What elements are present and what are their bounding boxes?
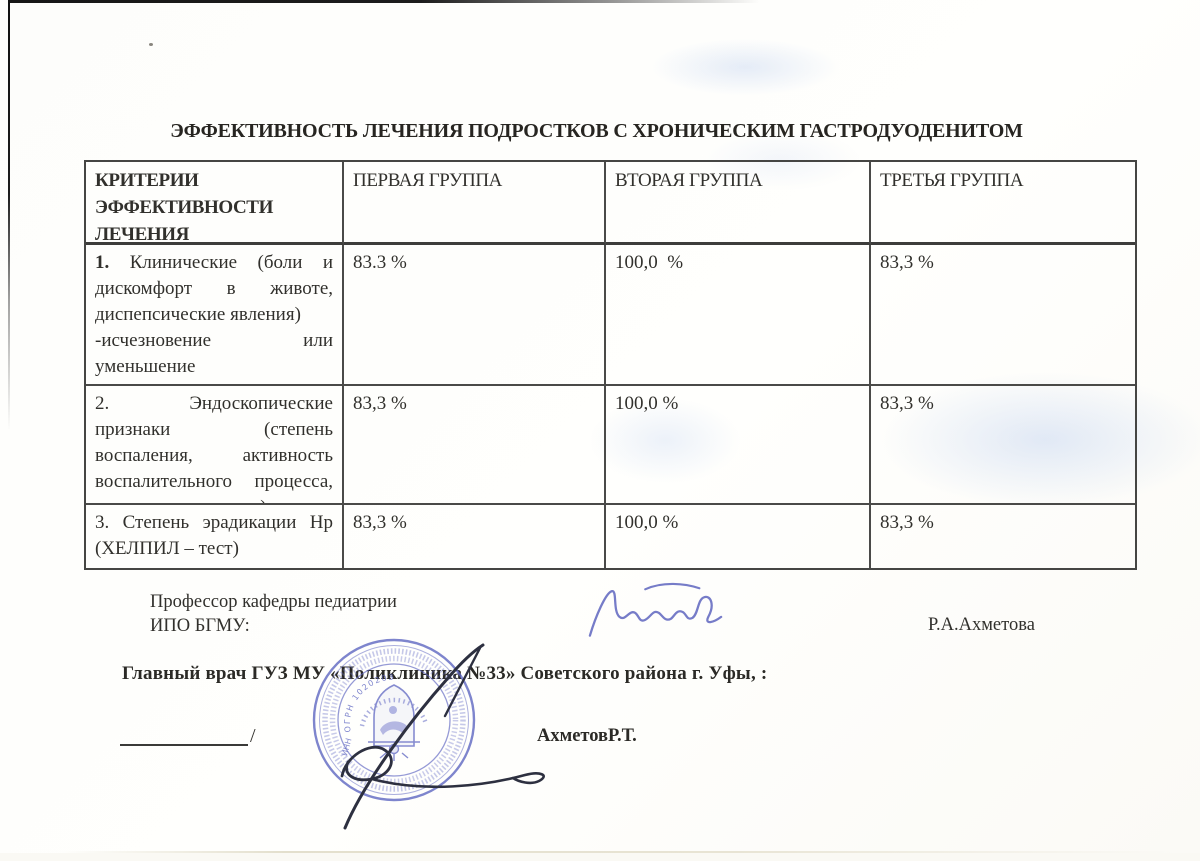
chief-doctor-signature [320, 630, 560, 840]
value-row2-group1: 83,3 % [344, 386, 606, 505]
criterion-cell-1: 1. Клинические (боли и дискомфорт в живо… [86, 245, 344, 386]
professor-name: Р.А.Ахметова [928, 613, 1035, 638]
value-row1-group1: 83.3 % [344, 245, 606, 386]
criterion-text: Эндоскопические признаки (степень воспал… [95, 393, 333, 505]
scan-edge-top [8, 0, 760, 3]
criterion-cell-2: 2. Эндоскопические признаки (степень вос… [86, 386, 344, 505]
row-number: 2. [95, 393, 109, 414]
col-header-criteria: КРИТЕРИИ ЭФФЕКТИВНОСТИ ЛЕЧЕНИЯ [86, 162, 344, 245]
criterion-text: Степень эрадикации Нр (ХЕЛПИЛ – тест) [95, 512, 333, 559]
row-number: 3. [95, 512, 109, 533]
value-row1-group2: 100,0 % [606, 245, 871, 386]
signature-line [120, 722, 248, 746]
page-title: ЭФФЕКТИВНОСТЬ ЛЕЧЕНИЯ ПОДРОСТКОВ С ХРОНИ… [70, 120, 1123, 143]
signature-line-slash: / [250, 724, 256, 749]
scan-edge-left [8, 0, 10, 430]
row-number: 1. [95, 252, 109, 273]
professor-title-line2: ИПО БГМУ: [150, 614, 250, 639]
results-table: КРИТЕРИИ ЭФФЕКТИВНОСТИ ЛЕЧЕНИЯ ПЕРВАЯ ГР… [84, 160, 1137, 570]
criterion-text-extra: -исчезновение или уменьшение [95, 328, 333, 380]
value-row3-group3: 83,3 % [871, 505, 1135, 568]
col-header-group1: ПЕРВАЯ ГРУППА [344, 162, 606, 245]
value-row2-group3: 83,3 % [871, 386, 1135, 505]
scanned-document-page: ЭФФЕКТИВНОСТЬ ЛЕЧЕНИЯ ПОДРОСТКОВ С ХРОНИ… [0, 0, 1200, 861]
scan-bottom-band [0, 853, 1200, 861]
value-row3-group1: 83,3 % [344, 505, 606, 568]
scan-speck [149, 43, 153, 46]
criterion-text: Клинические (боли и дискомфорт в животе,… [95, 252, 333, 325]
value-row3-group2: 100,0 % [606, 505, 871, 568]
criterion-cell-3: 3. Степень эрадикации Нр (ХЕЛПИЛ – тест) [86, 505, 344, 568]
scan-smudge [650, 38, 840, 96]
value-row1-group3: 83,3 % [871, 245, 1135, 386]
value-row2-group2: 100,0 % [606, 386, 871, 505]
professor-title-line1: Профессор кафедры педиатрии [150, 590, 397, 615]
col-header-group2: ВТОРАЯ ГРУППА [606, 162, 871, 245]
col-header-group3: ТРЕТЬЯ ГРУППА [871, 162, 1135, 245]
professor-signature [582, 576, 730, 642]
